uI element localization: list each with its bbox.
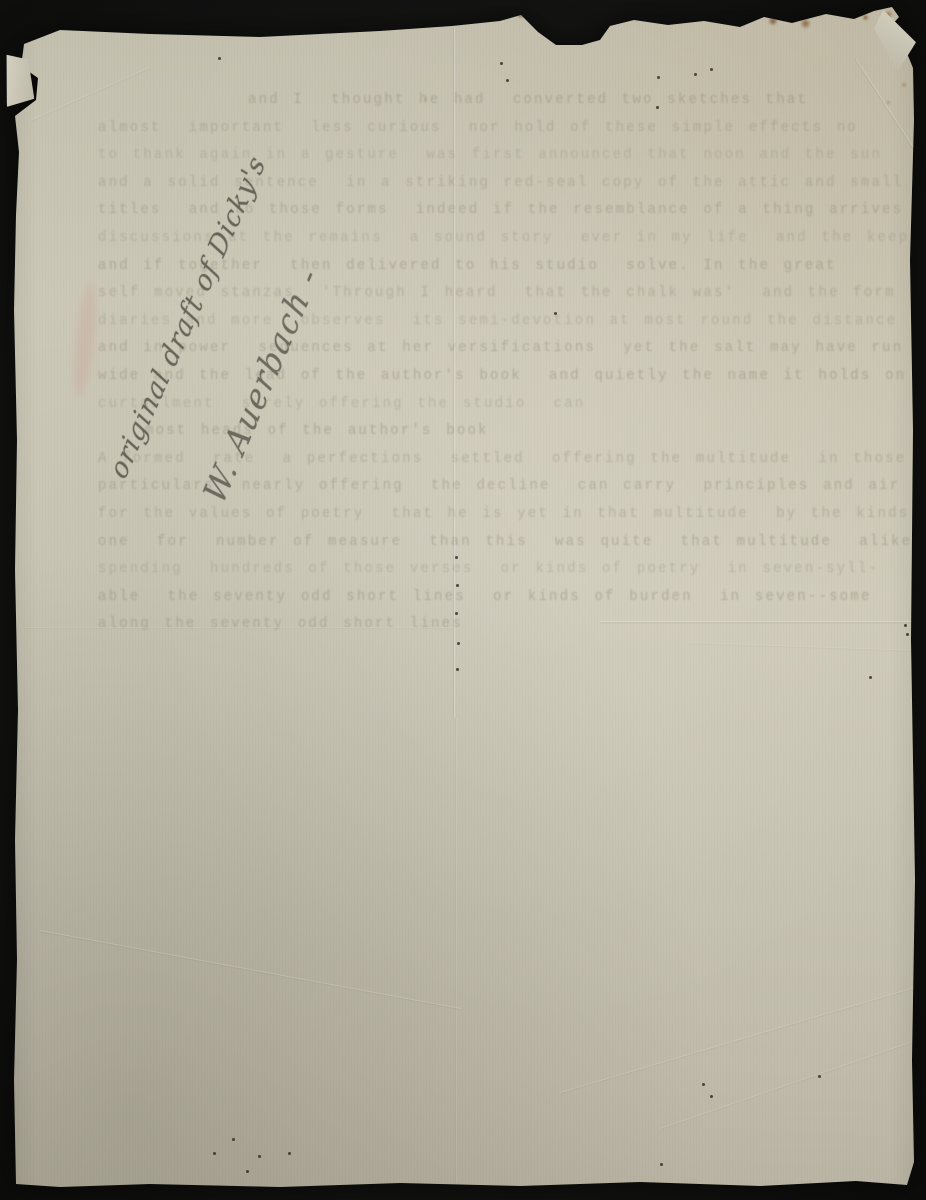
paper-wrapper: and I thought he had converted two sketc… xyxy=(0,0,926,1200)
ghost-text-line: and I thought he had converted two sketc… xyxy=(248,92,808,109)
foxing-stain xyxy=(800,18,811,29)
foxing-stain xyxy=(702,10,707,15)
ghost-text-line: wide and the lead of the author's book a… xyxy=(98,368,906,385)
crease-line xyxy=(456,718,457,1183)
ghost-bleedthrough-text: and I thought he had converted two sketc… xyxy=(98,92,898,692)
foxing-stain xyxy=(575,40,579,44)
foxing-stain xyxy=(901,82,907,88)
ghost-text-line: able the seventy odd short lines or kind… xyxy=(98,588,872,605)
foxing-stain xyxy=(590,20,595,25)
crease-line xyxy=(40,930,461,1009)
ink-speck xyxy=(710,1095,713,1098)
ink-speck xyxy=(710,68,713,71)
ink-speck xyxy=(213,1152,216,1155)
foxing-stain xyxy=(566,14,572,20)
ink-speck xyxy=(506,79,509,82)
ink-speck xyxy=(246,1170,249,1173)
ink-speck xyxy=(258,1155,261,1158)
foxing-stain xyxy=(862,14,869,21)
foxing-stain xyxy=(786,10,792,16)
ghost-text-line: most heads of the author's book xyxy=(145,423,489,440)
ghost-text-line: and a solid sentence in a striking red-s… xyxy=(98,174,903,191)
ink-speck xyxy=(904,624,907,627)
foxing-stain xyxy=(768,16,778,26)
crease-line xyxy=(560,986,917,1093)
foxing-stain xyxy=(818,12,823,17)
ghost-text-line: one for number of measure than this was … xyxy=(98,533,912,550)
foxing-stain xyxy=(548,8,559,19)
ghost-text-line: diaries and more observes its semi-devot… xyxy=(98,312,897,329)
ghost-text-line: to thank again in a gesture was first an… xyxy=(98,147,882,164)
foxing-stain xyxy=(530,16,535,21)
foxing-stain xyxy=(726,14,733,21)
ghost-text-line: and in power sequences at her versificat… xyxy=(98,340,903,357)
ghost-text-line: for the values of poetry that he is yet … xyxy=(98,506,909,523)
ink-speck xyxy=(702,1083,705,1086)
ghost-text-line: spending hundreds of those verses or kin… xyxy=(98,561,879,578)
foxing-stain xyxy=(614,6,621,13)
ink-speck xyxy=(232,1138,235,1141)
ghost-text-line: almost important less curious nor hold o… xyxy=(98,119,858,136)
pink-smudge xyxy=(70,281,100,397)
ghost-text-line: curtailment surely offering the studio c… xyxy=(98,395,585,412)
paper-sheet: and I thought he had converted two sketc… xyxy=(0,0,926,1200)
foxing-stain xyxy=(648,12,654,18)
ink-speck xyxy=(218,57,221,60)
ink-speck xyxy=(694,73,697,76)
scan-background: and I thought he had converted two sketc… xyxy=(0,0,926,1200)
ink-speck xyxy=(288,1152,291,1155)
ink-speck xyxy=(657,76,660,79)
ink-speck xyxy=(906,633,909,636)
foxing-stain xyxy=(748,8,753,13)
ink-speck xyxy=(818,1075,821,1078)
foxing-stain xyxy=(840,8,846,14)
ghost-text-line: along the seventy odd short lines xyxy=(98,616,463,633)
ink-speck xyxy=(660,1163,663,1166)
crease-line xyxy=(660,1041,914,1129)
foxing-stain xyxy=(516,10,525,19)
foxing-stain xyxy=(676,16,684,24)
ink-speck xyxy=(500,62,503,65)
